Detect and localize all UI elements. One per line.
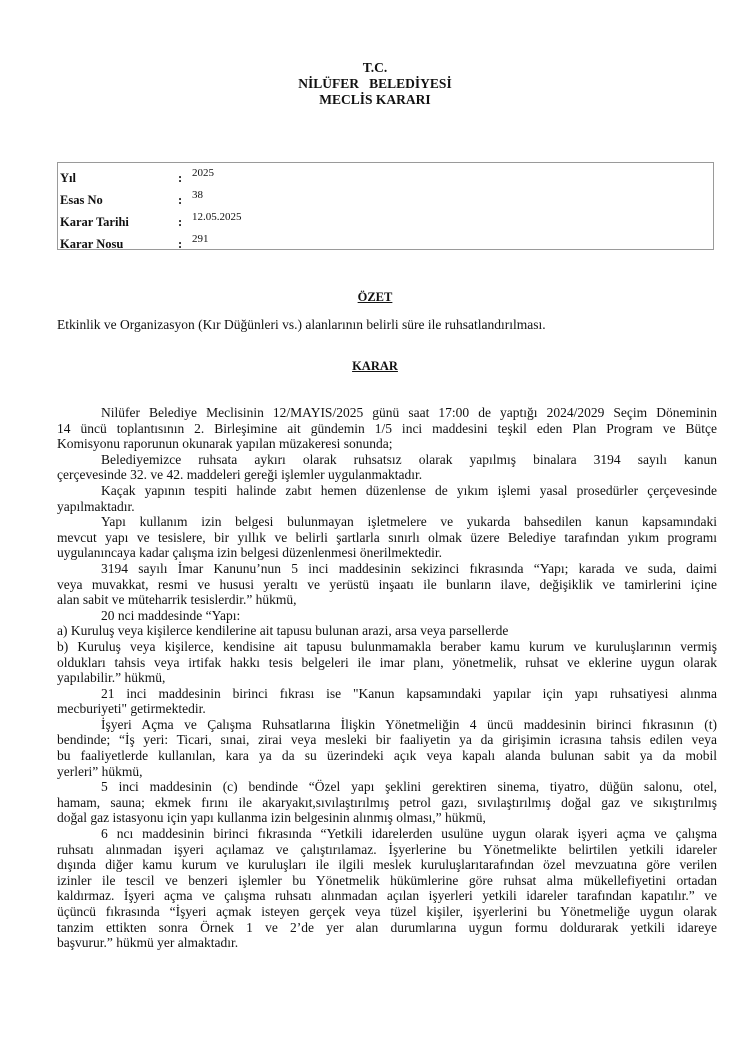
header-municipality: NİLÜFER BELEDİYESİ xyxy=(0,76,750,92)
body-line: 6 ncı maddesinin birinci fıkrasında “Yet… xyxy=(57,826,717,842)
body-line: Belediyemizce ruhsata aykırı olarak ruhs… xyxy=(57,452,717,468)
body-line: üçüncü fıkrasında “İşyeri açmak isteyen … xyxy=(57,904,717,920)
body-line: dışında diğer kamu kurum ve kuruluşları … xyxy=(57,857,717,873)
body-line: a) Kuruluş veya kişilerce kendilerine ai… xyxy=(57,623,717,639)
body-line: bendinde; “İş yeri: Ticari, sınai, zirai… xyxy=(57,732,717,748)
body-line: yapılmaktadır. xyxy=(57,499,717,515)
body-line: 20 nci maddesinde “Yapı: xyxy=(57,608,717,624)
body-line: mecburiyeti" getirmektedir. xyxy=(57,701,717,717)
body-line: başvurur.” hükmü yer almaktadır. xyxy=(57,935,717,951)
body-line: ruhsatı alınmadan işyeri açılamaz ve çal… xyxy=(57,842,717,858)
body-line: 14 üncü toplantısının 2. Birleşimine ait… xyxy=(57,421,717,437)
body-line: izinler ile tescil ve benzeri işlemler b… xyxy=(57,873,717,889)
header-tc: T.C. xyxy=(0,60,750,76)
body-line: yapılabilir.” hükmü, xyxy=(57,670,717,686)
header-council-decision: MECLİS KARARI xyxy=(0,92,750,108)
body-line: Nilüfer Belediye Meclisinin 12/MAYIS/202… xyxy=(57,405,717,421)
body-line: alan sabit ve müteharrik tesislerdir.” h… xyxy=(57,592,717,608)
body-line: 3194 sayılı İmar Kanunu’nun 5 inci madde… xyxy=(57,561,717,577)
body-line: yerleri” hükmü, xyxy=(57,764,717,780)
decision-title: KARAR xyxy=(0,359,750,374)
body-line: hamam, sauna; ekmek fırını ile akaryakıt… xyxy=(57,795,717,811)
body-line: bu faaliyetlerde kullanılan, kara ya da … xyxy=(57,748,717,764)
summary-title: ÖZET xyxy=(0,290,750,305)
body-line: doğal gaz istasyonu için yapı kullanma i… xyxy=(57,810,717,826)
body-line: 21 inci maddesinin birinci fıkrası ise "… xyxy=(57,686,717,702)
body-line: çerçevesinde 32. ve 42. maddeleri gereği… xyxy=(57,467,717,483)
summary-text: Etkinlik ve Organizasyon (Kır Düğünleri … xyxy=(57,317,546,333)
body-line: b) Kuruluş veya kişilerce, kendisine ait… xyxy=(57,639,717,655)
body-line: oldukları tahsis veya irtifak hakkı tesi… xyxy=(57,655,717,671)
decision-body: Nilüfer Belediye Meclisinin 12/MAYIS/202… xyxy=(57,405,717,951)
body-line: veya muvakkat, resmi ve hususi yeraltı v… xyxy=(57,577,717,593)
body-line: uygulanıncaya kadar çalışma izin belgesi… xyxy=(57,545,717,561)
decision-info-box: Yıl : 2025 Esas No : 38 Karar Tarihi : 1… xyxy=(57,162,714,250)
body-line: İşyeri Açma ve Çalışma Ruhsatlarına İliş… xyxy=(57,717,717,733)
body-line: kaldırmaz. İşyeri açma ve çalışma ruhsat… xyxy=(57,888,717,904)
body-line: Yapı kullanım izin belgesi bulunmayan iş… xyxy=(57,514,717,530)
body-line: tanzim ettikten sonra Örnek 1 ve 2’de ye… xyxy=(57,920,717,936)
body-line: Kaçak yapının tespiti halinde zabıt heme… xyxy=(57,483,717,499)
document-header: T.C. NİLÜFER BELEDİYESİ MECLİS KARARI xyxy=(0,60,750,108)
body-line: mevcut yapı ve tesislere, bir yıllık ve … xyxy=(57,530,717,546)
body-line: Komisyonu raporunun okunarak yapılan müz… xyxy=(57,436,717,452)
body-line: 5 inci maddesinin (c) bendinde “Özel yap… xyxy=(57,779,717,795)
